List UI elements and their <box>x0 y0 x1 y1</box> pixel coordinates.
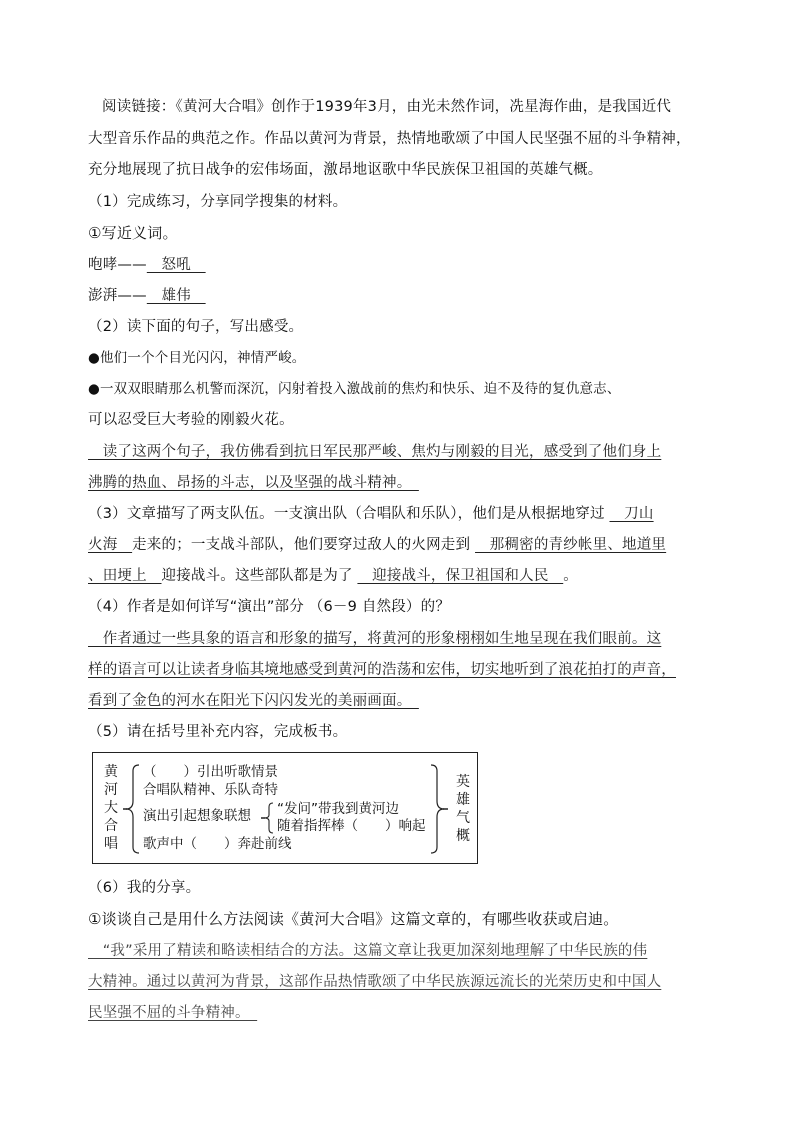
board-item-4: 歌声中（ ）奔赴前线 <box>143 836 292 853</box>
board-item-2: 合唱队精神、乐队奇特 <box>143 782 278 799</box>
board-sub-item-1: “发问”带我到黄河边 <box>277 801 399 818</box>
q3-text: 走来的；一支战斗部队，他们要穿过敌人的火网走到 <box>132 537 475 553</box>
intro-line-2: 大型音乐作品的典范之作。作品以黄河为背景，热情地歌颂了中国人民坚强不屈的斗争精神… <box>88 130 691 148</box>
synonym-answer: 雄伟 <box>147 288 206 304</box>
board-item-3: 演出引起想象联想 <box>143 808 251 825</box>
q4-answer-line-1: 作者通过一些具象的语言和形象的描写，将黄河的形象栩栩如生地呈现在我们眼前。这 <box>88 630 661 648</box>
q5-title: （5）请在括号里补充内容，完成板书。 <box>88 723 347 741</box>
synonym-pair-1: 咆哮—— 怒吼 <box>88 256 206 274</box>
intro-line-1: 阅读链接：《黄河大合唱》创作于1939年3月，由光未然作词，冼星海作曲，是我国近… <box>102 98 671 116</box>
q1-sub1: ①写近义词。 <box>88 224 178 242</box>
inner-brace-icon <box>261 801 275 835</box>
q3-line-2: 火海 走来的；一支战斗部队，他们要穿过敌人的火网走到 那稠密的青纱帐里、地道里 <box>88 536 666 554</box>
q6-title: （6）我的分享。 <box>88 879 200 897</box>
q3-line-1: （3）文章描写了两支队伍。一支演出队（合唱队和乐队），他们是从根据地穿过 刀山 <box>88 505 654 523</box>
q6-answer-line-3: 民坚强不屈的斗争精神。 <box>88 1004 257 1022</box>
q4-answer-line-2: 样的语言可以让读者身临其境地感受到黄河的浩荡和宏伟，切实地听到了浪花拍打的声音， <box>88 661 676 679</box>
board-right-title: 英 雄 气 概 <box>455 773 471 845</box>
synonym-word: 咆哮—— <box>88 257 147 273</box>
q2-answer-line-1: 读了这两个句子，我仿佛看到抗日军民那严峻、焦灼与刚毅的目光，感受到了他们身上 <box>88 443 661 461</box>
blackboard-summary: 黄 河 大 合 唱 （ ）引出听歌情景 合唱队精神、乐队奇特 演出引起想象联想 … <box>92 752 478 864</box>
q6-answer-line-1: “我”采用了精读和略读相结合的方法。这篇文章让我更加深刻地理解了中华民族的伟 <box>88 942 647 960</box>
q3-blank-2a: 那稠密的青纱帐里、地道里 <box>475 537 666 553</box>
q4-answer-line-3: 看到了金色的河水在阳光下闪闪发光的美丽画面。 <box>88 692 419 710</box>
board-item-1: （ ）引出听歌情景 <box>143 764 278 781</box>
q3-blank-3: 迎接战斗，保卫祖国和人民 <box>357 568 563 584</box>
q4-title: （4）作者是如何详写“演出”部分 （6－9 自然段）的？ <box>88 598 450 616</box>
synonym-answer: 怒吼 <box>147 257 206 273</box>
q2-bullet-2-line-1: ●一双双眼睛那么机警而深沉，闪射着投入激战前的焦灼和快乐、迫不及待的复仇意志、 <box>88 380 621 398</box>
q3-blank-1a: 刀山 <box>609 506 653 522</box>
q3-blank-2b: 、田埂上 <box>88 568 162 584</box>
synonym-word: 澎湃—— <box>88 288 147 304</box>
q2-title: （2）读下面的句子，写出感受。 <box>88 318 303 336</box>
board-sub-item-2: 随着指挥棒（ ）响起 <box>277 818 426 835</box>
intro-line-3: 充分地展现了抗日战争的宏伟场面，激昂地讴歌中华民族保卫祖国的英雄气概。 <box>88 161 603 179</box>
q3-text-end: 。 <box>563 568 578 584</box>
synonym-pair-2: 澎湃—— 雄伟 <box>88 287 206 305</box>
q3-text: 迎接战斗。这些部队都是为了 <box>162 568 358 584</box>
q6-sub1: ①谈谈自己是用什么方法阅读《黄河大合唱》这篇文章的，有哪些收获或启迪。 <box>88 910 618 928</box>
q6-answer-line-2: 大精神。通过以黄河为背景，这部作品热情歌颂了中华民族源远流长的光荣历史和中国人 <box>88 973 661 991</box>
left-brace-icon <box>123 763 141 855</box>
q3-text: （3）文章描写了两支队伍。一支演出队（合唱队和乐队），他们是从根据地穿过 <box>88 506 609 522</box>
q3-blank-1b: 火海 <box>88 537 132 553</box>
q2-bullet-2-line-2: 可以忍受巨大考验的刚毅火花。 <box>88 411 294 429</box>
q1-title: （1）完成练习，分享同学搜集的材料。 <box>88 193 347 211</box>
q2-answer-line-2: 沸腾的热血、昂扬的斗志，以及坚强的战斗精神。 <box>88 474 419 492</box>
q2-bullet-1: ●他们一个个目光闪闪，神情严峻。 <box>88 349 305 367</box>
right-brace-icon <box>429 763 449 855</box>
q3-line-3: 、田埂上 迎接战斗。这些部队都是为了 迎接战斗，保卫祖国和人民 。 <box>88 567 578 585</box>
board-left-title: 黄 河 大 合 唱 <box>103 763 119 853</box>
